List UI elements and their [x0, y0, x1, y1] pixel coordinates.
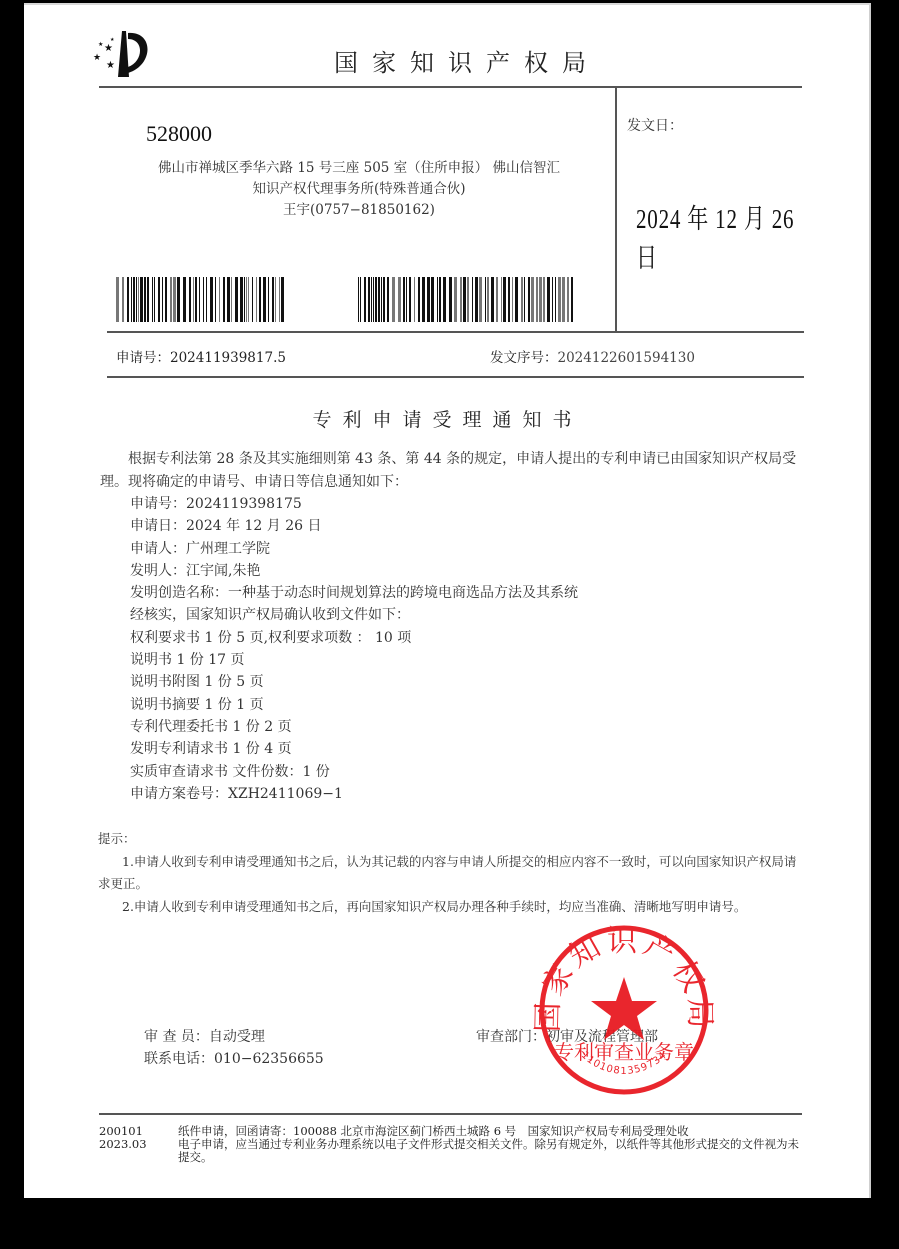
- cnipa-logo-icon: ★ ★ ★ ★ ★: [84, 27, 150, 79]
- official-seal-icon: 国家知识产权局 专利审查业务章 1101081359734: [524, 915, 724, 1105]
- detail-item: 申请人：广州理工学院: [130, 538, 578, 560]
- address-line: 王宇(0757−81850162): [114, 200, 604, 221]
- reference-top-divider: [107, 331, 804, 333]
- dispatch-number-label: 发文序号：: [490, 350, 558, 366]
- detail-item: 权利要求书 1 份 5 页,权利要求项数 ： 10 项: [130, 627, 578, 649]
- barcode-icon: [116, 277, 286, 322]
- application-number-label: 申请号：: [116, 350, 170, 366]
- application-details: 申请号：2024119398175申请日：2024 年 12 月 26 日申请人…: [130, 493, 578, 805]
- svg-text:专利审查业务章: 专利审查业务章: [554, 1040, 694, 1064]
- footer-notes: 纸件申请，回函请寄：100088 北京市海淀区蓟门桥西土城路 6 号 国家知识产…: [178, 1125, 808, 1164]
- detail-item: 申请日：2024 年 12 月 26 日: [130, 515, 578, 537]
- form-version: 2023.03: [99, 1138, 147, 1151]
- detail-item: 发明专利请求书 1 份 4 页: [130, 738, 578, 760]
- header-divider: [99, 86, 802, 88]
- detail-item: 说明书 1 份 17 页: [130, 649, 578, 671]
- examiner: 审 查 员：自动受理: [144, 1026, 265, 1048]
- detail-item: 实质审查请求书 文件份数：1 份: [130, 761, 578, 783]
- detail-item: 说明书摘要 1 份 1 页: [130, 694, 578, 716]
- postcode: 528000: [146, 121, 212, 147]
- agency-name: 国家知识产权局: [334, 43, 600, 78]
- issue-date: 2024 年 12 月 26 日: [636, 197, 818, 275]
- detail-item: 申请号：2024119398175: [130, 493, 578, 515]
- address-line: 佛山市禅城区季华六路 15 号三座 505 室（住所申报） 佛山信智汇: [114, 158, 604, 179]
- reference-bottom-divider: [107, 376, 804, 378]
- footer-codes: 200101 2023.03: [99, 1125, 147, 1151]
- tips-section: 提示： 1.申请人收到专利申请受理通知书之后，认为其记载的内容与申请人所提交的相…: [98, 828, 808, 918]
- document-title: 专利申请受理通知书: [24, 405, 871, 432]
- contact-phone: 联系电话：010−62356655: [144, 1048, 324, 1070]
- barcode-icon: [358, 277, 576, 322]
- detail-item: 说明书附图 1 份 5 页: [130, 671, 578, 693]
- svg-text:★: ★: [93, 53, 101, 63]
- tip-item: 1.申请人收到专利申请受理通知书之后，认为其记载的内容与申请人所提交的相应内容不…: [98, 851, 808, 896]
- mailing-address: 佛山市禅城区季华六路 15 号三座 505 室（住所申报） 佛山信智汇 知识产权…: [114, 158, 604, 221]
- dispatch-number-ref: 发文序号：2024122601594130: [490, 346, 695, 366]
- svg-text:★: ★: [104, 43, 113, 54]
- address-line: 知识产权代理事务所(特殊普通合伙): [114, 179, 604, 200]
- application-number: 202411939817.5: [170, 350, 286, 366]
- application-number-ref: 申请号：202411939817.5: [116, 346, 286, 366]
- issue-date-label: 发文日：: [627, 115, 683, 135]
- detail-item: 申请方案卷号：XZH2411069−1: [130, 783, 578, 805]
- address-box-divider: [615, 88, 617, 333]
- svg-text:★: ★: [98, 41, 103, 48]
- detail-item: 经核实，国家知识产权局确认收到文件如下：: [130, 604, 578, 626]
- footer-divider: [99, 1113, 802, 1115]
- detail-item: 发明创造名称：一种基于动态时间规划算法的跨境电商选品方法及其系统: [130, 582, 578, 604]
- svg-text:★: ★: [106, 60, 115, 71]
- footer-electronic-note: 电子申请，应当通过专利业务办理系统以电子文件形式提交相关文件。除另有规定外，以纸…: [178, 1138, 808, 1164]
- svg-text:★: ★: [110, 37, 115, 43]
- dispatch-number: 2024122601594130: [558, 350, 695, 366]
- detail-item: 发明人：江宇闻,朱艳: [130, 560, 578, 582]
- intro-text: 根据专利法第 28 条及其实施细则第 43 条、第 44 条的规定，申请人提出的…: [100, 448, 805, 493]
- tips-label: 提示：: [98, 828, 808, 851]
- detail-item: 专利代理委托书 1 份 2 页: [130, 716, 578, 738]
- intro-paragraph: 根据专利法第 28 条及其实施细则第 43 条、第 44 条的规定，申请人提出的…: [100, 448, 805, 493]
- notice-page: ★ ★ ★ ★ ★ 国家知识产权局 528000 佛山市禅城区季华六路 15 号…: [24, 3, 871, 1198]
